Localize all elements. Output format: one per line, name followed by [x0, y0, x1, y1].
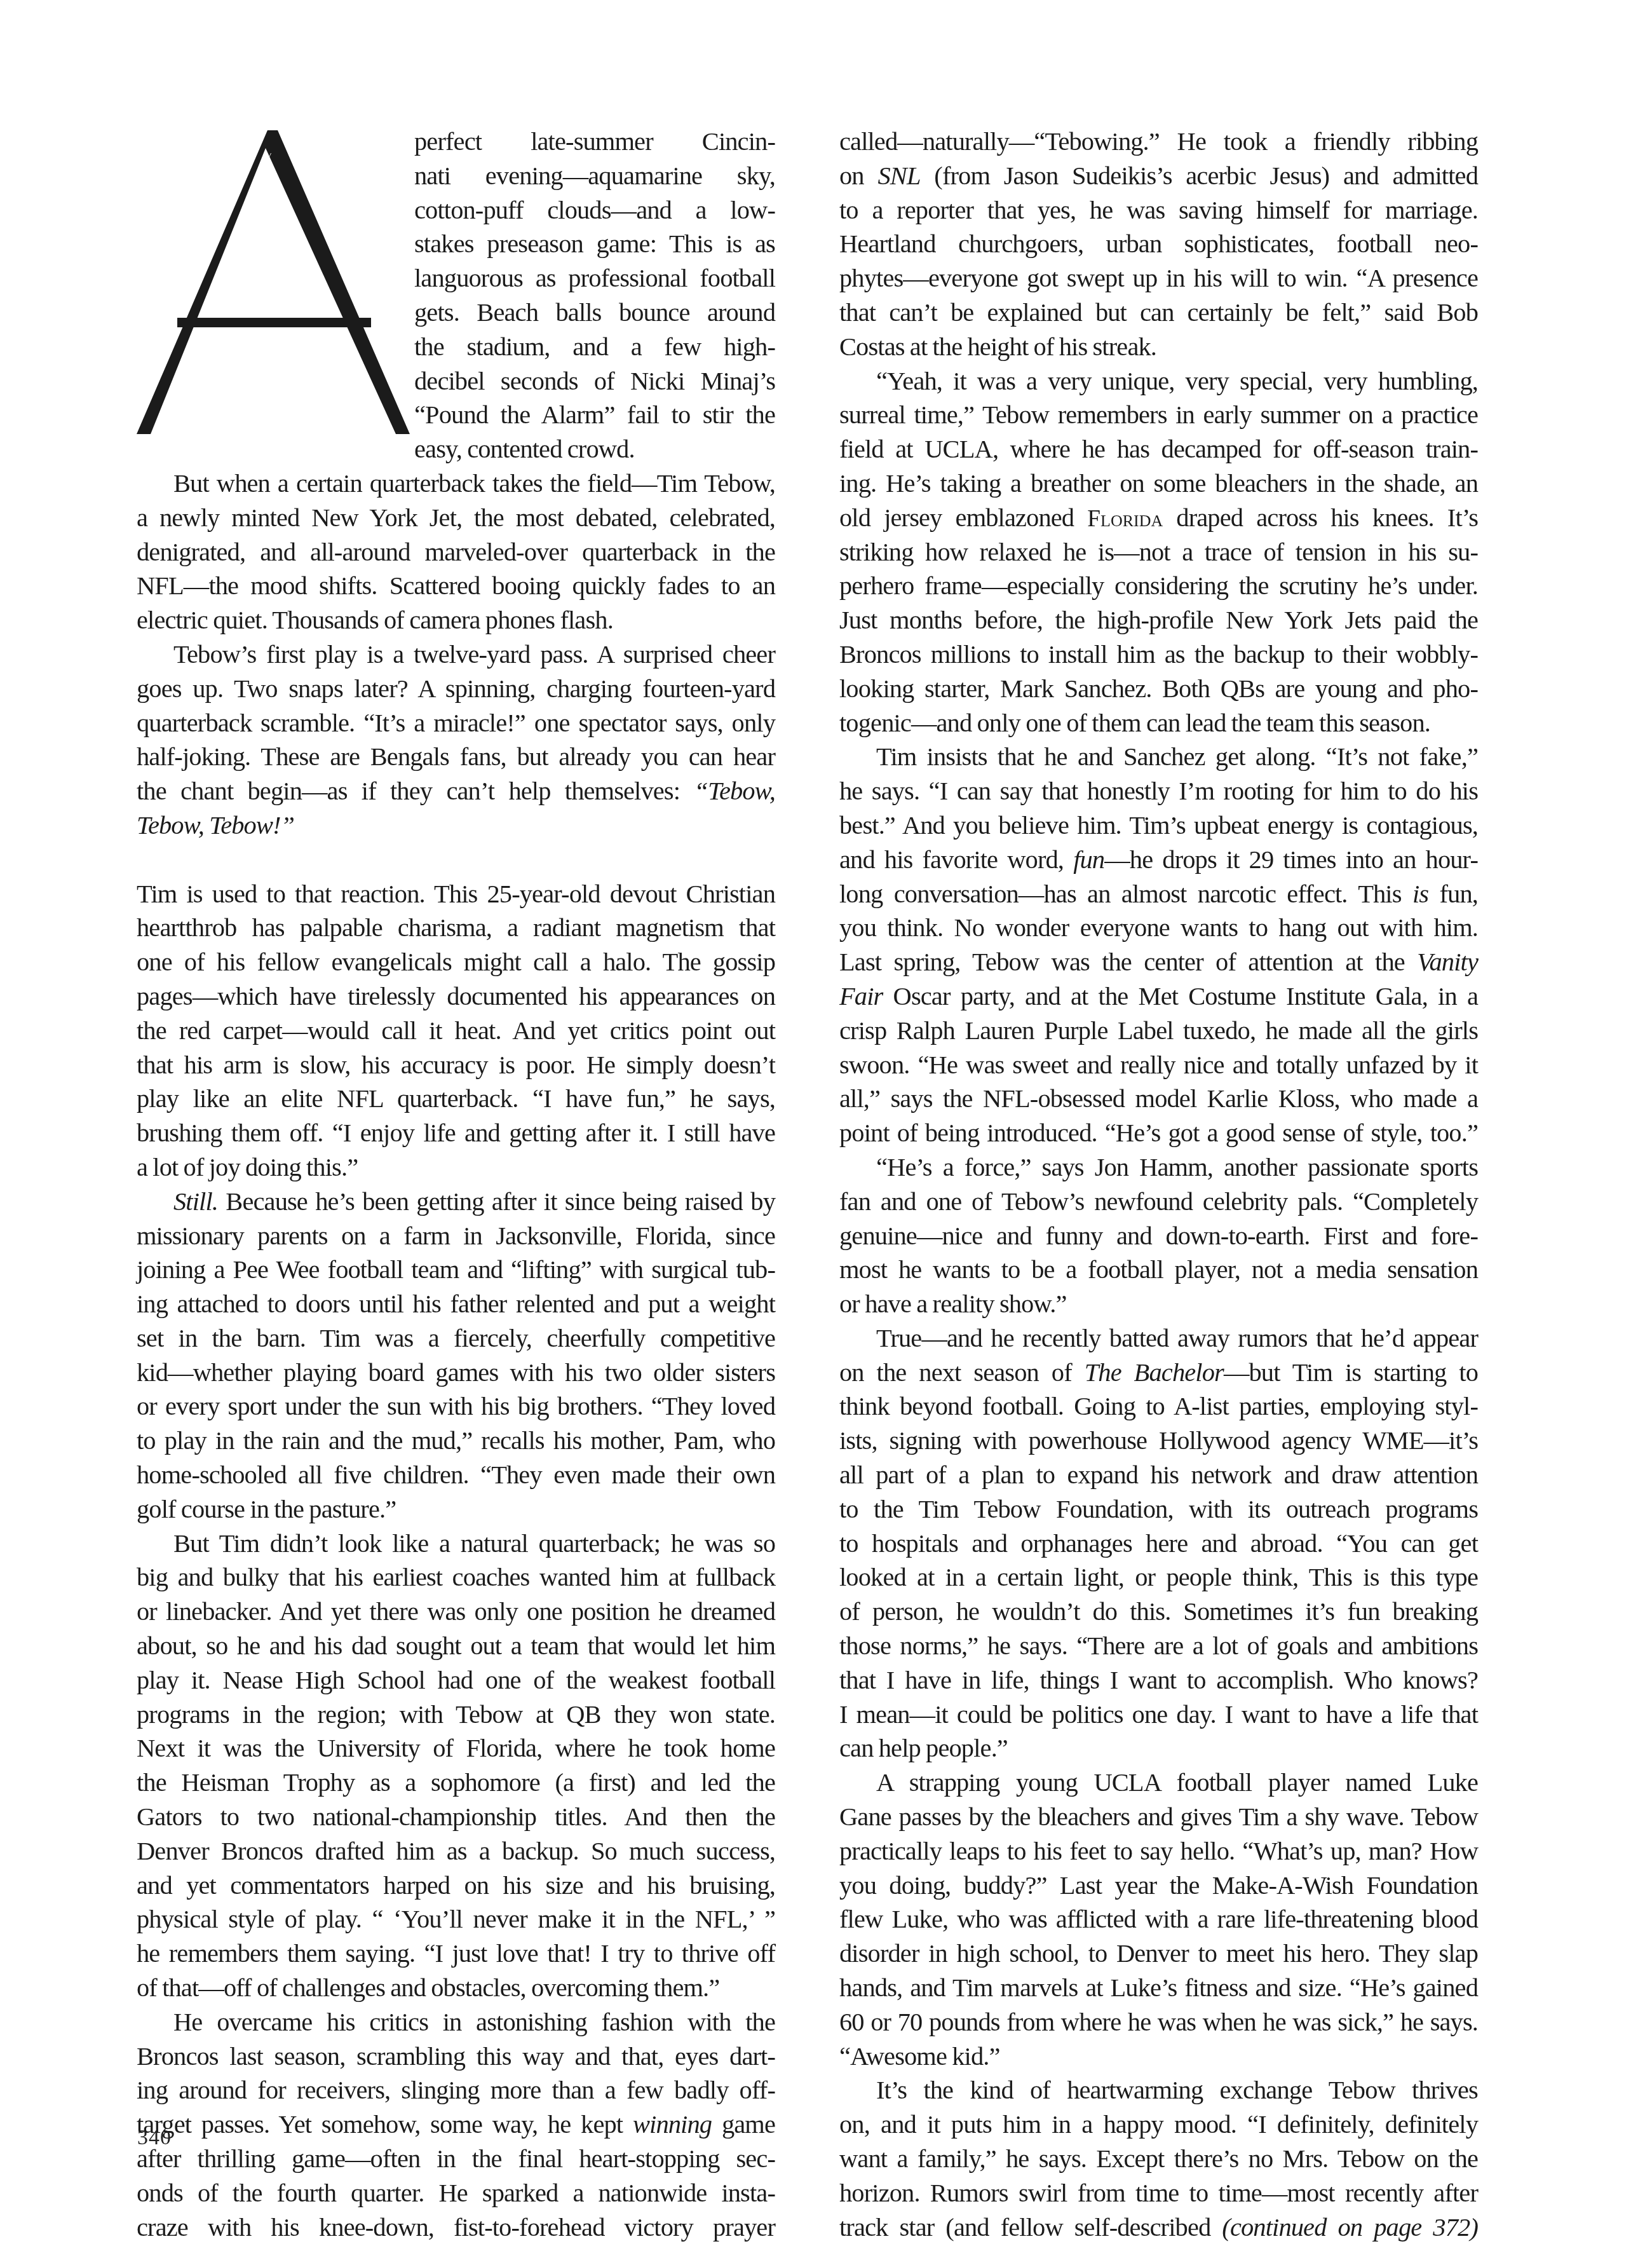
text-line: old jersey emblazoned Florida draped acr…: [839, 501, 1478, 535]
text-line: all part of a plan to expand his network…: [839, 1458, 1478, 1492]
text-run: you doing, buddy?” Last year the Make-A-…: [839, 1871, 1478, 1900]
text-line: But Tim didn’t look like a natural quart…: [137, 1527, 775, 1561]
right-column: called—naturally—“Tebowing.” He took a f…: [839, 125, 1478, 2244]
text-line: the Heisman Trophy as a sophomore (a fir…: [137, 1766, 775, 1800]
text-line: track star (and fellow self-described (c…: [839, 2210, 1478, 2245]
text-run: horizon. Rumors swirl from time to time—…: [839, 2179, 1478, 2207]
text-run: about, so he and his dad sought out a te…: [137, 1631, 775, 1660]
text-line: to a reporter that yes, he was saving hi…: [839, 193, 1478, 228]
text-run: practically leaps to his feet to say hel…: [839, 1837, 1478, 1865]
text-line: think beyond football. Going to A-list p…: [839, 1389, 1478, 1424]
text-line: or have a reality show.”: [839, 1287, 1478, 1321]
text-line: 60 or 70 pounds from where he was when h…: [839, 2005, 1478, 2039]
text-run: But when a certain quarterback takes the…: [173, 469, 775, 498]
continuation-link[interactable]: (continued on page 372): [1222, 2213, 1478, 2242]
text-line: the red carpet—would call it heat. And y…: [137, 1014, 775, 1048]
text-run: the Heisman Trophy as a sophomore (a fir…: [137, 1768, 775, 1797]
text-run: heartthrob has palpable charisma, a radi…: [137, 913, 775, 942]
text-run: draped across his knees. It’s: [1163, 503, 1478, 532]
text-run: of that—off of challenges and obstacles,…: [137, 1973, 719, 2002]
text-line: surreal time,” Tebow remembers in early …: [839, 398, 1478, 432]
text-line: Gators to two national-championship titl…: [137, 1800, 775, 1834]
text-line: to the Tim Tebow Foundation, with its ou…: [839, 1492, 1478, 1527]
text-run: Gators to two national-championship titl…: [137, 1802, 775, 1831]
text-run: target passes. Yet somehow, some way, he…: [137, 2110, 633, 2139]
text-line: electric quiet. Thousands of camera phon…: [137, 603, 775, 637]
text-line: Tim is used to that reaction. This 25-ye…: [137, 877, 775, 911]
text-line: Tim insists that he and Sanchez get alon…: [839, 740, 1478, 774]
text-line: set in the barn. Tim was a fiercely, che…: [137, 1321, 775, 1356]
text-line: heartthrob has palpable charisma, a radi…: [137, 911, 775, 945]
text-line: stakes preseason game: This is as: [414, 227, 775, 261]
text-run: Denver Broncos drafted him as a backup. …: [137, 1837, 775, 1865]
text-run: that I have in life, things I want to ac…: [839, 1666, 1478, 1694]
text-run: togenic—and only one of them can lead th…: [839, 709, 1430, 737]
left-column: perfect late-summer Cincin-nati evening—…: [137, 125, 775, 2244]
text-line: NFL—the mood shifts. Scattered booing qu…: [137, 569, 775, 603]
text-run: True—and he recently batted away rumors …: [876, 1324, 1478, 1352]
text-line: fan and one of Tebow’s newfound celebrit…: [839, 1185, 1478, 1219]
text-run: Gane passes by the bleachers and gives T…: [839, 1802, 1478, 1831]
text-run: Tebow’s first play is a twelve-yard pass…: [173, 640, 775, 669]
text-run: “Yeah, it was a very unique, very specia…: [876, 367, 1478, 395]
text-run: pages—which have tirelessly documented h…: [137, 982, 775, 1011]
text-run: or have a reality show.”: [839, 1290, 1067, 1318]
text-run: fun,: [1428, 880, 1478, 908]
text-run: to the Tim Tebow Foundation, with its ou…: [839, 1495, 1478, 1523]
text-run: Tim is used to that reaction. This 25-ye…: [137, 880, 775, 908]
text-line: long conversation—has an almost narcotic…: [839, 877, 1478, 911]
text-run: electric quiet. Thousands of camera phon…: [137, 606, 613, 634]
text-line: he remembers them saying. “I just love t…: [137, 1936, 775, 1971]
text-line: can help people.”: [839, 1731, 1478, 1766]
text-line: about, so he and his dad sought out a te…: [137, 1629, 775, 1663]
text-line: target passes. Yet somehow, some way, he…: [137, 2107, 775, 2142]
text-line: to play in the rain and the mud,” recall…: [137, 1424, 775, 1458]
text-run: brushing them off. “I enjoy life and get…: [137, 1119, 775, 1147]
text-line: swoon. “He was sweet and really nice and…: [839, 1048, 1478, 1082]
text-run: want a family,” he says. Except there’s …: [839, 2144, 1478, 2173]
text-line: Just months before, the high-profile New…: [839, 603, 1478, 637]
text-run: programs in the region; with Tebow at QB…: [137, 1700, 775, 1729]
text-line: “He’s a force,” says Jon Hamm, another p…: [839, 1150, 1478, 1185]
text-run: track star (and fellow self-described: [839, 2213, 1222, 2242]
italic-text: The Bachelor: [1085, 1358, 1224, 1387]
text-line: Heartland churchgoers, urban sophisticat…: [839, 227, 1478, 261]
text-line: Last spring, Tebow was the center of att…: [839, 945, 1478, 979]
text-run: on, and it puts him in a happy mood. “I …: [839, 2110, 1478, 2139]
text-line: that I have in life, things I want to ac…: [839, 1663, 1478, 1698]
text-run: denigrated, and all-around marveled-over…: [137, 538, 775, 566]
text-line: to hospitals and orphanages here and abr…: [839, 1527, 1478, 1561]
text-run: But Tim didn’t look like a natural quart…: [173, 1529, 775, 1558]
text-line: field at UCLA, where he has decamped for…: [839, 432, 1478, 466]
text-run: perfect late-summer Cincin-: [414, 127, 775, 156]
text-run: set in the barn. Tim was a fiercely, che…: [137, 1324, 775, 1352]
text-run: that his arm is slow, his accuracy is po…: [137, 1051, 775, 1079]
text-line: called—naturally—“Tebowing.” He took a f…: [839, 125, 1478, 159]
text-run: Broncos millions to install him as the b…: [839, 640, 1478, 669]
text-run: or every sport under the sun with his bi…: [137, 1392, 775, 1420]
text-line: languorous as professional football: [414, 261, 775, 296]
text-run: golf course in the pasture.”: [137, 1495, 396, 1523]
italic-text: SNL: [877, 161, 920, 190]
text-run: “Awesome kid.”: [839, 2042, 1000, 2071]
text-line: or every sport under the sun with his bi…: [137, 1389, 775, 1424]
text-line: want a family,” he says. Except there’s …: [839, 2142, 1478, 2176]
text-line: ing around for receivers, slinging more …: [137, 2073, 775, 2107]
text-run: —he drops it 29 times into an hour-: [1104, 845, 1478, 874]
text-line: onds of the fourth quarter. He sparked a…: [137, 2176, 775, 2210]
text-run: you think. No wonder everyone wants to h…: [839, 913, 1478, 942]
page-number: 340: [137, 2126, 172, 2150]
text-line: a newly minted New York Jet, the most de…: [137, 501, 775, 535]
text-line: the stadium, and a few high-: [414, 330, 775, 364]
text-line: nati evening—aquamarine sky,: [414, 159, 775, 193]
text-line: striking how relaxed he is—not a trace o…: [839, 535, 1478, 569]
text-line: ing. He’s taking a breather on some blea…: [839, 466, 1478, 501]
text-run: Because he’s been getting after it since…: [218, 1187, 775, 1216]
text-line: he says. “I can say that honestly I’m ro…: [839, 774, 1478, 808]
text-line: and yet commentators harped on his size …: [137, 1868, 775, 1903]
text-run: those norms,” he says. “There are a lot …: [839, 1631, 1478, 1660]
text-run: one of his fellow evangelicals might cal…: [137, 948, 775, 976]
text-run: missionary parents on a farm in Jacksonv…: [137, 1222, 775, 1250]
text-line: practically leaps to his feet to say hel…: [839, 1834, 1478, 1868]
text-run: Costas at the height of his streak.: [839, 332, 1156, 361]
text-run: looked at in a certain light, or people …: [839, 1563, 1478, 1591]
text-line: pages—which have tirelessly documented h…: [137, 979, 775, 1014]
text-line: Gane passes by the bleachers and gives T…: [839, 1800, 1478, 1834]
text-line: craze with his knee-down, fist-to-forehe…: [137, 2210, 775, 2245]
text-line: Broncos millions to install him as the b…: [839, 637, 1478, 672]
text-run: —but Tim is starting to: [1224, 1358, 1478, 1387]
text-run: “He’s a force,” says Jon Hamm, another p…: [876, 1153, 1478, 1181]
text-line: missionary parents on a farm in Jacksonv…: [137, 1219, 775, 1253]
text-run: Next it was the University of Florida, w…: [137, 1734, 775, 1762]
text-run: kid—whether playing board games with his…: [137, 1358, 775, 1387]
text-run: he says. “I can say that honestly I’m ro…: [839, 777, 1478, 805]
text-line: “Yeah, it was a very unique, very specia…: [839, 364, 1478, 398]
text-run: Broncos last season, scrambling this way…: [137, 2042, 775, 2071]
text-run: on: [839, 161, 877, 190]
text-line: “Awesome kid.”: [839, 2039, 1478, 2074]
italic-text: fun: [1073, 845, 1104, 874]
text-run: fan and one of Tebow’s newfound celebrit…: [839, 1187, 1478, 1216]
text-run: gets. Beach balls bounce around: [414, 298, 775, 327]
text-line: kid—whether playing board games with his…: [137, 1356, 775, 1390]
text-run: flew Luke, who was afflicted with a rare…: [839, 1905, 1478, 1933]
text-run: can help people.”: [839, 1734, 1008, 1762]
text-line: perhero frame—especially considering the…: [839, 569, 1478, 603]
text-line: ists, signing with powerhouse Hollywood …: [839, 1424, 1478, 1458]
text-run: goes up. Two snaps later? A spinning, ch…: [137, 674, 775, 703]
text-run: phytes—everyone got swept up in his will…: [839, 264, 1478, 292]
text-line: that can’t be explained but can certainl…: [839, 296, 1478, 330]
italic-text: “Tebow,: [694, 777, 775, 805]
text-run: and his favorite word,: [839, 845, 1073, 874]
text-line: Still. Because he’s been getting after i…: [137, 1185, 775, 1219]
text-run: called—naturally—“Tebowing.” He took a f…: [839, 127, 1478, 156]
text-run: on the next season of: [839, 1358, 1085, 1387]
text-line: horizon. Rumors swirl from time to time—…: [839, 2176, 1478, 2210]
text-line: best.” And you believe him. Tim’s upbeat…: [839, 808, 1478, 843]
text-run: play it. Nease High School had one of th…: [137, 1666, 775, 1694]
text-run: to a reporter that yes, he was saving hi…: [839, 196, 1478, 224]
italic-text: Vanity: [1417, 948, 1478, 976]
text-line: a lot of joy doing this.”: [137, 1150, 775, 1185]
text-line: hands, and Tim marvels at Luke’s fitness…: [839, 1971, 1478, 2005]
text-run: big and bulky that his earliest coaches …: [137, 1563, 775, 1591]
text-line: I mean—it could be politics one day. I w…: [839, 1698, 1478, 1732]
text-line: you doing, buddy?” Last year the Make-A-…: [839, 1868, 1478, 1903]
text-run: onds of the fourth quarter. He sparked a…: [137, 2179, 775, 2207]
text-run: joining a Pee Wee football team and “lif…: [137, 1255, 775, 1284]
text-run: the red carpet—would call it heat. And y…: [137, 1016, 775, 1045]
text-run: Tim insists that he and Sanchez get alon…: [876, 742, 1478, 771]
text-run: of person, he wouldn’t do this. Sometime…: [839, 1597, 1478, 1626]
text-run: he remembers them saying. “I just love t…: [137, 1939, 775, 1968]
text-run: He overcame his critics in astonishing f…: [173, 2008, 775, 2036]
text-line: A strapping young UCLA football player n…: [839, 1766, 1478, 1800]
text-line: disorder in high school, to Denver to me…: [839, 1936, 1478, 1971]
text-run: craze with his knee-down, fist-to-forehe…: [137, 2213, 775, 2242]
text-line: “Pound the Alarm” fail to stir the: [414, 398, 775, 432]
text-line: or linebacker. And yet there was only on…: [137, 1595, 775, 1629]
text-run: game: [712, 2110, 775, 2139]
italic-text: winning: [633, 2110, 712, 2139]
text-line: the chant begin—as if they can’t help th…: [137, 774, 775, 808]
text-line: Denver Broncos drafted him as a backup. …: [137, 1834, 775, 1868]
text-run: and yet commentators harped on his size …: [137, 1871, 775, 1900]
text-line: Tebow, Tebow!”: [137, 808, 775, 843]
text-line: one of his fellow evangelicals might cal…: [137, 945, 775, 979]
small-caps-text: Florida: [1087, 506, 1163, 532]
text-run: Oscar party, and at the Met Costume Inst…: [883, 982, 1478, 1011]
text-run: A strapping young UCLA football player n…: [876, 1768, 1478, 1797]
text-run: point of being introduced. “He’s got a g…: [839, 1119, 1478, 1147]
text-run: Heartland churchgoers, urban sophisticat…: [839, 229, 1478, 258]
text-run: a newly minted New York Jet, the most de…: [137, 503, 775, 532]
text-run: to hospitals and orphanages here and abr…: [839, 1529, 1478, 1558]
text-line: phytes—everyone got swept up in his will…: [839, 261, 1478, 296]
text-run: perhero frame—especially considering the…: [839, 571, 1478, 600]
text-line: cotton-puff clouds—and a low-: [414, 193, 775, 228]
text-run: or linebacker. And yet there was only on…: [137, 1597, 775, 1626]
text-run: after thrilling game—often in the final …: [137, 2144, 775, 2173]
text-line: play like an elite NFL quarterback. “I h…: [137, 1082, 775, 1116]
text-line: on, and it puts him in a happy mood. “I …: [839, 2107, 1478, 2142]
text-line: genuine—nice and funny and down-to-earth…: [839, 1219, 1478, 1253]
text-run: ing attached to doors until his father r…: [137, 1290, 775, 1318]
text-line: after thrilling game—often in the final …: [137, 2142, 775, 2176]
text-line: quarterback scramble. “It’s a miracle!” …: [137, 706, 775, 740]
text-run: play like an elite NFL quarterback. “I h…: [137, 1084, 775, 1113]
italic-text: Tebow, Tebow!”: [137, 811, 294, 840]
text-run: crisp Ralph Lauren Purple Label tuxedo, …: [839, 1016, 1478, 1045]
text-run: physical style of play. “ ‘You’ll never …: [137, 1905, 775, 1933]
text-run: stakes preseason game: This is as: [414, 229, 775, 258]
text-run: old jersey emblazoned: [839, 503, 1087, 532]
text-line: home-schooled all five children. “They e…: [137, 1458, 775, 1492]
text-line: looked at in a certain light, or people …: [839, 1560, 1478, 1595]
text-line: on the next season of The Bachelor—but T…: [839, 1356, 1478, 1390]
text-run: genuine—nice and funny and down-to-earth…: [839, 1222, 1478, 1250]
text-line: looking starter, Mark Sanchez. Both QBs …: [839, 672, 1478, 706]
text-line: you think. No wonder everyone wants to h…: [839, 911, 1478, 945]
text-run: home-schooled all five children. “They e…: [137, 1460, 775, 1489]
text-run: looking starter, Mark Sanchez. Both QBs …: [839, 674, 1478, 703]
text-line: Broncos last season, scrambling this way…: [137, 2039, 775, 2074]
text-line: programs in the region; with Tebow at QB…: [137, 1698, 775, 1732]
text-run: swoon. “He was sweet and really nice and…: [839, 1051, 1478, 1079]
italic-text: Fair: [839, 982, 883, 1011]
text-run: hands, and Tim marvels at Luke’s fitness…: [839, 1973, 1478, 2002]
text-line: that his arm is slow, his accuracy is po…: [137, 1048, 775, 1082]
text-line: Tebow’s first play is a twelve-yard pass…: [137, 637, 775, 672]
text-line: play it. Nease High School had one of th…: [137, 1663, 775, 1698]
text-run: all,” says the NFL-obsessed model Karlie…: [839, 1084, 1478, 1113]
text-run: 60 or 70 pounds from where he was when h…: [839, 2008, 1478, 2036]
text-line: of that—off of challenges and obstacles,…: [137, 1971, 775, 2005]
text-run: It’s the kind of heartwarming exchange T…: [876, 2076, 1478, 2104]
text-run: (from Jason Sudeikis’s acerbic Jesus) an…: [921, 161, 1478, 190]
text-line: It’s the kind of heartwarming exchange T…: [839, 2073, 1478, 2107]
text-line: joining a Pee Wee football team and “lif…: [137, 1253, 775, 1287]
text-line: Fair Oscar party, and at the Met Costume…: [839, 979, 1478, 1014]
text-line: of person, he wouldn’t do this. Sometime…: [839, 1595, 1478, 1629]
text-line: togenic—and only one of them can lead th…: [839, 706, 1478, 740]
italic-text: Still.: [173, 1187, 218, 1216]
text-line: But when a certain quarterback takes the…: [137, 466, 775, 501]
text-line: perfect late-summer Cincin-: [414, 125, 775, 159]
text-run: NFL—the mood shifts. Scattered booing qu…: [137, 571, 775, 600]
text-run: the stadium, and a few high-: [414, 332, 775, 361]
text-run: all part of a plan to expand his network…: [839, 1460, 1478, 1489]
text-run: surreal time,” Tebow remembers in early …: [839, 400, 1478, 429]
text-line: brushing them off. “I enjoy life and get…: [137, 1116, 775, 1150]
text-line: golf course in the pasture.”: [137, 1492, 775, 1527]
text-run: easy, contented crowd.: [414, 435, 635, 463]
text-line: Next it was the University of Florida, w…: [137, 1731, 775, 1766]
text-run: decibel seconds of Nicki Minaj’s: [414, 367, 775, 395]
text-run: most he wants to be a football player, n…: [839, 1255, 1478, 1284]
text-line: decibel seconds of Nicki Minaj’s: [414, 364, 775, 398]
text-run: disorder in high school, to Denver to me…: [839, 1939, 1478, 1968]
text-line: easy, contented crowd.: [414, 432, 775, 466]
text-line: physical style of play. “ ‘You’ll never …: [137, 1902, 775, 1936]
text-line: half-joking. These are Bengals fans, but…: [137, 740, 775, 774]
text-run: “Pound the Alarm” fail to stir the: [414, 400, 775, 429]
text-run: quarterback scramble. “It’s a miracle!” …: [137, 709, 775, 737]
text-run: I mean—it could be politics one day. I w…: [839, 1700, 1478, 1729]
text-line: crisp Ralph Lauren Purple Label tuxedo, …: [839, 1014, 1478, 1048]
text-line: ing attached to doors until his father r…: [137, 1287, 775, 1321]
text-line: those norms,” he says. “There are a lot …: [839, 1629, 1478, 1663]
text-line: flew Luke, who was afflicted with a rare…: [839, 1902, 1478, 1936]
italic-text: is: [1412, 880, 1428, 908]
text-run: best.” And you believe him. Tim’s upbeat…: [839, 811, 1478, 840]
text-run: think beyond football. Going to A-list p…: [839, 1392, 1478, 1420]
text-run: a lot of joy doing this.”: [137, 1153, 358, 1181]
text-run: Just months before, the high-profile New…: [839, 606, 1478, 634]
text-line: True—and he recently batted away rumors …: [839, 1321, 1478, 1356]
text-run: Last spring, Tebow was the center of att…: [839, 948, 1417, 976]
text-line: denigrated, and all-around marveled-over…: [137, 535, 775, 569]
text-line: gets. Beach balls bounce around: [414, 296, 775, 330]
text-run: ing. He’s taking a breather on some blea…: [839, 469, 1478, 498]
text-line: all,” says the NFL-obsessed model Karlie…: [839, 1082, 1478, 1116]
text-run: striking how relaxed he is—not a trace o…: [839, 538, 1478, 566]
text-run: languorous as professional football: [414, 264, 775, 292]
text-line: and his favorite word, fun—he drops it 2…: [839, 843, 1478, 877]
text-run: ists, signing with powerhouse Hollywood …: [839, 1426, 1478, 1455]
text-line: He overcame his critics in astonishing f…: [137, 2005, 775, 2039]
text-line: point of being introduced. “He’s got a g…: [839, 1116, 1478, 1150]
text-line: Costas at the height of his streak.: [839, 330, 1478, 364]
text-run: cotton-puff clouds—and a low-: [414, 196, 775, 224]
text-run: long conversation—has an almost narcotic…: [839, 880, 1412, 908]
text-run: nati evening—aquamarine sky,: [414, 161, 775, 190]
text-line: most he wants to be a football player, n…: [839, 1253, 1478, 1287]
text-run: half-joking. These are Bengals fans, but…: [137, 742, 775, 771]
text-run: that can’t be explained but can certainl…: [839, 298, 1478, 327]
text-run: the chant begin—as if they can’t help th…: [137, 777, 694, 805]
text-line: on SNL (from Jason Sudeikis’s acerbic Je…: [839, 159, 1478, 193]
text-run: ing around for receivers, slinging more …: [137, 2076, 775, 2104]
text-line: goes up. Two snaps later? A spinning, ch…: [137, 672, 775, 706]
text-run: to play in the rain and the mud,” recall…: [137, 1426, 775, 1455]
section-break: [137, 843, 775, 877]
text-line: big and bulky that his earliest coaches …: [137, 1560, 775, 1595]
magazine-page: A perfect late-summer Cincin-nati evenin…: [0, 0, 1652, 2246]
text-run: field at UCLA, where he has decamped for…: [839, 435, 1478, 463]
